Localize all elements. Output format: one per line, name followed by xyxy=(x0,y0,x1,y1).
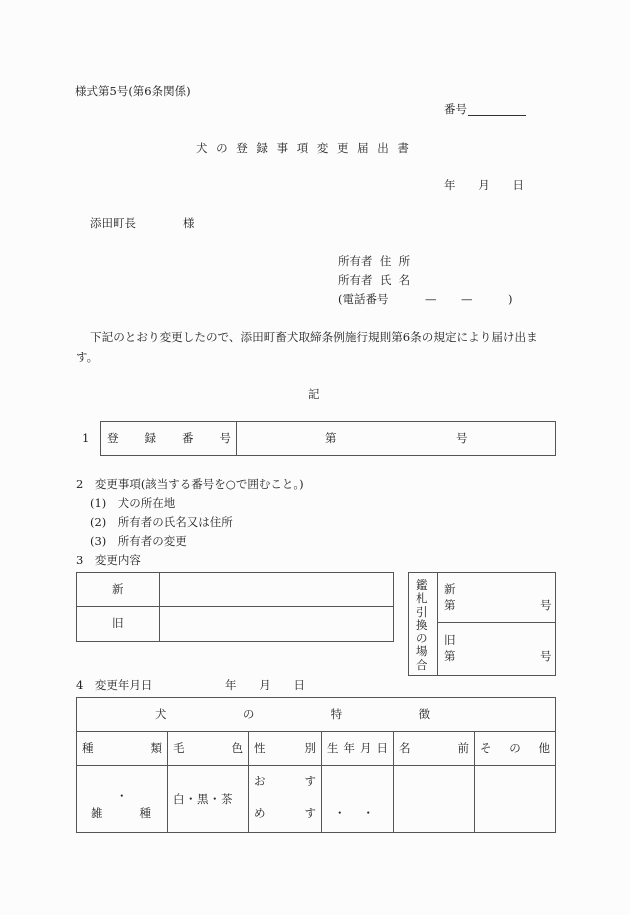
tag-old-dai[interactable]: 第 xyxy=(444,651,456,663)
body-text-line-2: す。 xyxy=(76,352,98,364)
divider xyxy=(159,572,160,642)
divider xyxy=(76,606,394,607)
column-breed: 種類 xyxy=(82,743,162,755)
coat-color-options[interactable]: 白・黒・茶 xyxy=(173,794,233,806)
phone-dash-2: — xyxy=(461,294,473,306)
number-underline xyxy=(468,105,526,116)
new-content-field[interactable] xyxy=(162,576,390,604)
registration-go: 号 xyxy=(456,433,468,445)
column-birth-date: 生年月日 xyxy=(327,743,388,755)
column-name: 名前 xyxy=(399,743,469,755)
change-item-2[interactable]: (2) 所有者の氏名又は住所 xyxy=(90,517,233,529)
divider xyxy=(437,572,438,676)
divider xyxy=(393,731,394,833)
form-label: 様式第5号(第6条関係) xyxy=(75,86,191,98)
owner-name-label[interactable]: 所有者 氏 名 xyxy=(338,275,410,287)
owner-phone-label[interactable]: (電話番号 xyxy=(338,294,389,306)
divider xyxy=(167,731,168,833)
tag-old-label: 旧 xyxy=(444,635,456,647)
divider xyxy=(76,765,556,766)
new-label: 新 xyxy=(112,584,124,596)
registration-dai[interactable]: 第 xyxy=(325,433,337,445)
change-date[interactable]: 年月日 xyxy=(225,680,305,692)
addressee-name: 添田町長 xyxy=(90,218,136,230)
old-content-field[interactable] xyxy=(162,610,390,638)
registration-number-label: 登録番号 xyxy=(107,433,231,445)
column-coat-color: 毛色 xyxy=(173,743,243,755)
document-title: 犬の登録事項変更届出書 xyxy=(196,143,409,155)
dog-name-field[interactable] xyxy=(396,768,472,830)
sex-female[interactable]: めす xyxy=(254,808,316,820)
section-3-heading: 3 変更内容 xyxy=(76,555,141,567)
tag-new-go: 号 xyxy=(540,600,552,612)
section-1-number: 1 xyxy=(82,433,89,445)
divider xyxy=(437,622,556,623)
breed-dot: ・ xyxy=(116,791,128,803)
owner-address-label[interactable]: 所有者 住 所 xyxy=(338,256,410,268)
dog-table-title: 犬の特徴 xyxy=(155,709,430,721)
divider xyxy=(76,731,556,732)
body-text-line-1: 下記のとおり変更したので、添田町畜犬取締条例施行規則第6条の規定により届け出ま xyxy=(90,332,538,344)
divider xyxy=(321,731,322,833)
tag-exchange-label: 鑑札引換の場合 xyxy=(416,579,429,672)
breed-mixed[interactable]: 雑種 xyxy=(91,808,151,820)
divider xyxy=(236,421,237,456)
column-other: その他 xyxy=(480,743,550,755)
change-item-1[interactable]: (1) 犬の所在地 xyxy=(90,498,175,510)
addressee-honorific: 様 xyxy=(183,218,195,230)
number-field[interactable]: 番号 xyxy=(444,104,526,116)
submission-date[interactable]: 年月日 xyxy=(444,180,524,192)
other-field[interactable] xyxy=(477,768,553,830)
tag-new-dai[interactable]: 第 xyxy=(444,600,456,612)
number-label: 番号 xyxy=(444,102,467,116)
phone-close: ) xyxy=(508,294,513,306)
birth-date-field[interactable]: ・・ xyxy=(334,808,374,820)
column-sex: 性別 xyxy=(254,743,316,755)
tag-old-go: 号 xyxy=(540,651,552,663)
sex-male[interactable]: おす xyxy=(254,776,316,788)
divider xyxy=(248,731,249,833)
section-4-heading: 4 変更年月日 xyxy=(76,680,152,692)
ki-heading: 記 xyxy=(308,389,320,401)
old-label: 旧 xyxy=(112,618,124,630)
tag-new-label: 新 xyxy=(444,584,456,596)
tag-exchange-table xyxy=(408,572,556,676)
divider xyxy=(474,731,475,833)
change-item-3[interactable]: (3) 所有者の変更 xyxy=(90,536,187,548)
phone-dash-1: — xyxy=(425,294,437,306)
section-2-heading: 2 変更事項(該当する番号を○で囲むこと。) xyxy=(76,479,304,491)
